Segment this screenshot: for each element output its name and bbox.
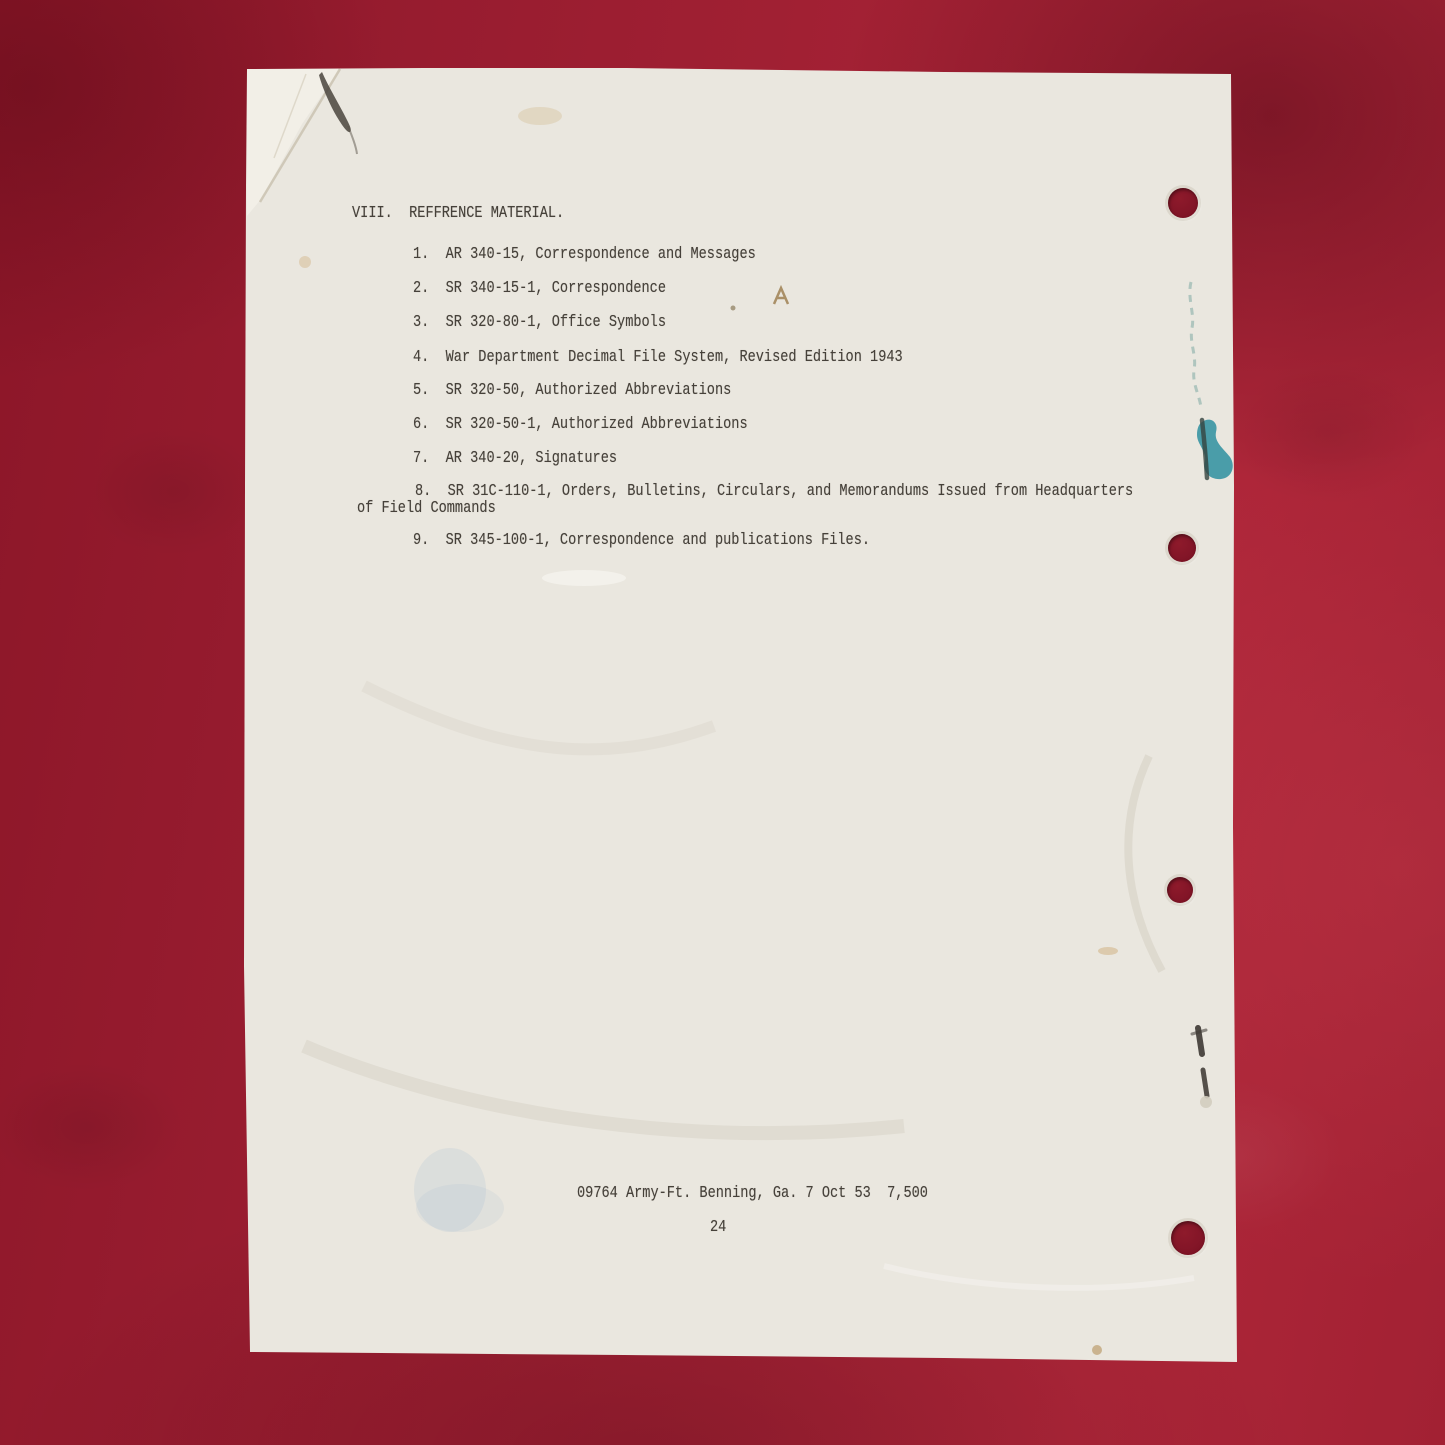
stain-mark: [299, 256, 311, 268]
punch-hole: [1168, 188, 1198, 218]
reference-item: 2. SR 340-15-1, Correspondence: [413, 279, 666, 299]
dark-mark: [1202, 420, 1207, 478]
reference-item: 7. AR 340-20, Signatures: [413, 449, 617, 469]
reference-item-continuation: of Field Commands: [357, 499, 496, 519]
punch-hole: [1168, 534, 1196, 562]
small-brown-mark: [774, 288, 788, 304]
scuff-mark: [542, 570, 626, 586]
stain-mark: [518, 107, 562, 125]
wrinkle-highlight: [884, 1266, 1194, 1288]
tear-mark: [246, 69, 340, 216]
tear-crease: [274, 74, 306, 158]
reference-item: 1. AR 340-15, Correspondence and Message…: [413, 245, 756, 265]
stain-mark: [1092, 1345, 1102, 1355]
reference-item: 6. SR 320-50-1, Authorized Abbreviations: [413, 415, 748, 435]
reference-item: 3. SR 320-80-1, Office Symbols: [413, 313, 666, 333]
imprint-line: 09764 Army-Ft. Benning, Ga. 7 Oct 53 7,5…: [577, 1184, 928, 1204]
pencil-dash-mark: [1198, 1028, 1202, 1054]
punch-hole: [1171, 1221, 1205, 1255]
wrinkle-crease: [1128, 756, 1162, 971]
page-number: 24: [710, 1218, 726, 1238]
teal-ink-scribble: [1190, 282, 1201, 408]
punch-hole: [1167, 877, 1193, 903]
reference-item: 4. War Department Decimal File System, R…: [413, 348, 903, 368]
wrinkle-crease: [304, 1046, 904, 1133]
tear-crease: [260, 69, 340, 202]
wrinkle-crease: [364, 686, 714, 749]
pencil-dash-mark: [1203, 1070, 1207, 1096]
section-heading: VIII. REFFRENCE MATERIAL.: [352, 204, 564, 224]
blue-smudge: [414, 1148, 486, 1232]
pencil-mark: [348, 126, 357, 154]
small-dot-mark: [731, 306, 736, 311]
blue-smudge: [416, 1184, 504, 1232]
reference-item: 8. SR 31C-110-1, Orders, Bulletins, Circ…: [415, 482, 1133, 502]
document-page: VIII. REFFRENCE MATERIAL. 1. AR 340-15, …: [244, 66, 1239, 1364]
reference-item: 9. SR 345-100-1, Correspondence and publ…: [413, 531, 870, 551]
fabric-background: VIII. REFFRENCE MATERIAL. 1. AR 340-15, …: [0, 0, 1445, 1445]
reference-item: 5. SR 320-50, Authorized Abbreviations: [413, 381, 731, 401]
pencil-mark: [319, 72, 351, 132]
pencil-dash-mark: [1192, 1030, 1206, 1034]
teal-ink-smudge: [1197, 420, 1233, 479]
paper-blemish: [1200, 1096, 1212, 1108]
stain-mark: [1098, 947, 1118, 955]
